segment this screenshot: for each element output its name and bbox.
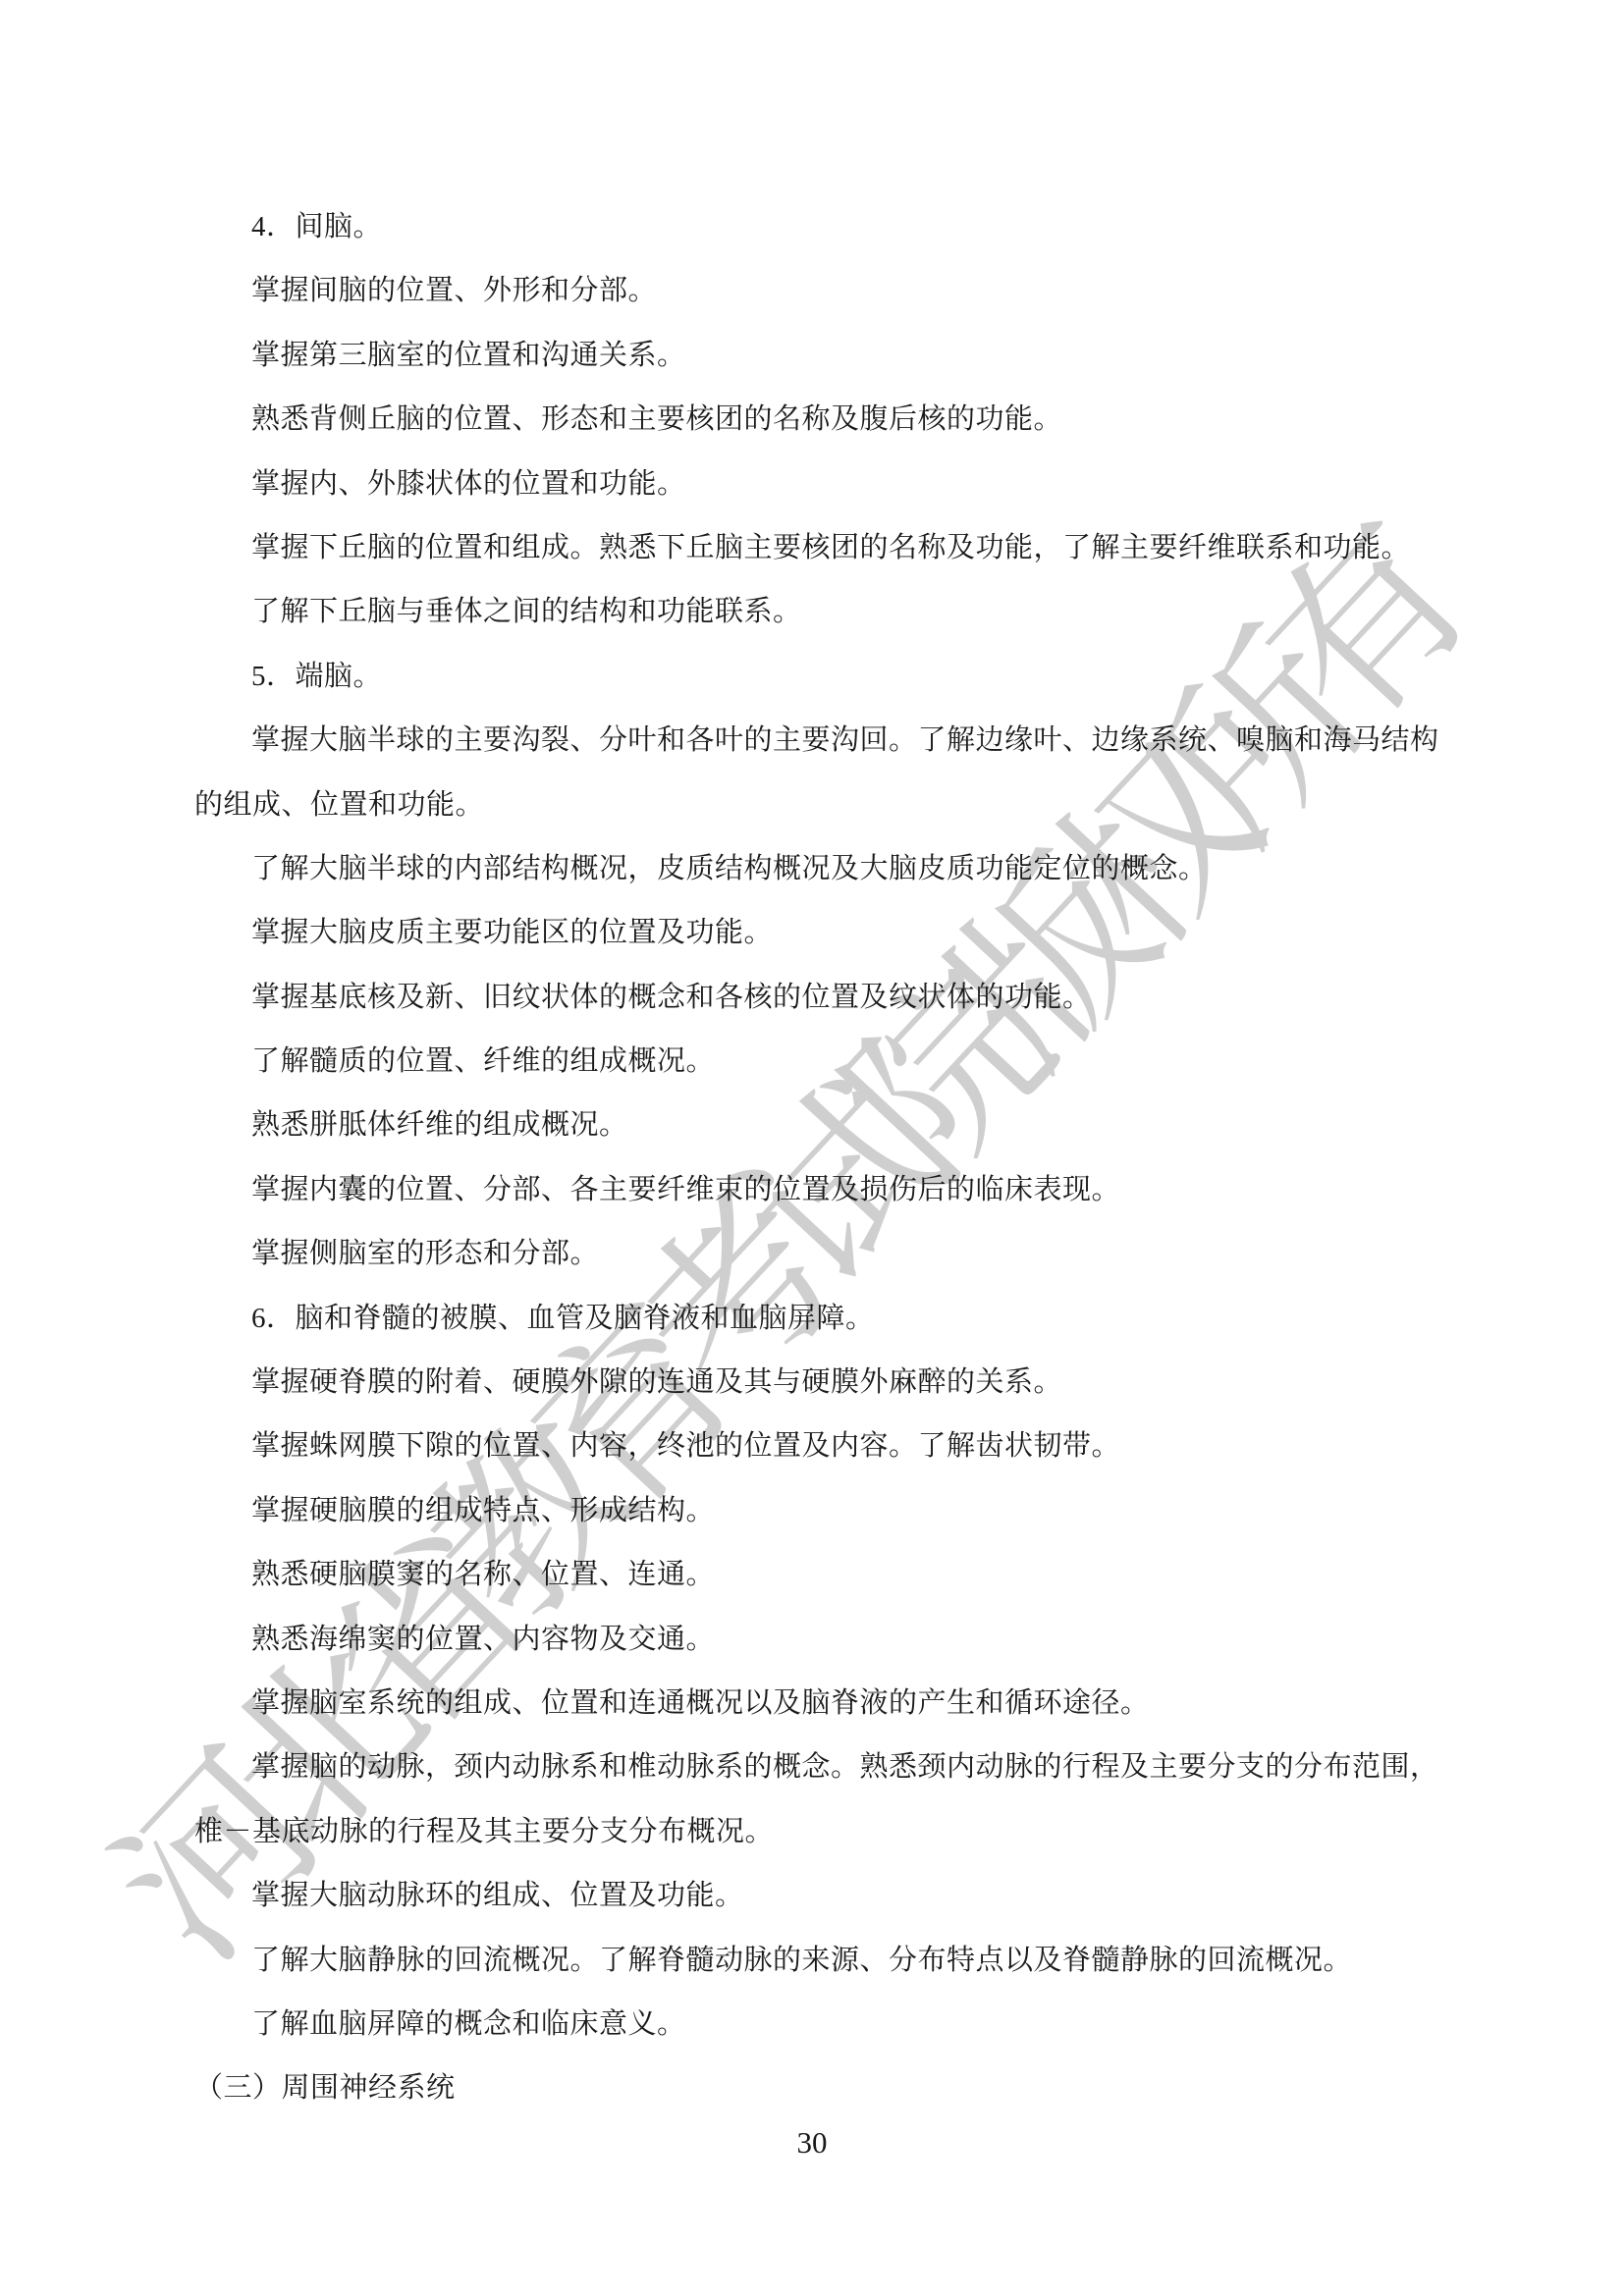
text-line: 掌握硬脊膜的附着、硬膜外隙的连通及其与硬膜外麻醉的关系。 xyxy=(194,1351,1451,1415)
text-line: 掌握硬脑膜的组成特点、形成结构。 xyxy=(194,1479,1451,1543)
text-line: 了解血脑屏障的概念和临床意义。 xyxy=(194,1993,1451,2056)
text-line: 熟悉背侧丘脑的位置、形态和主要核团的名称及腹后核的功能。 xyxy=(194,388,1451,452)
text-line: 掌握大脑皮质主要功能区的位置及功能。 xyxy=(194,901,1451,965)
page-number: 30 xyxy=(0,2123,1624,2163)
text-line: 掌握脑室系统的组成、位置和连通概况以及脑脊液的产生和循环途径。 xyxy=(194,1672,1451,1735)
text-line: 掌握第三脑室的位置和沟通关系。 xyxy=(194,324,1451,388)
text-line: 掌握脑的动脉，颈内动脉系和椎动脉系的概念。熟悉颈内动脉的行程及主要分支的分布范围… xyxy=(194,1735,1451,1799)
text-line: 4．间脑。 xyxy=(194,195,1451,259)
text-line: 掌握下丘脑的位置和组成。熟悉下丘脑主要核团的名称及功能，了解主要纤维联系和功能。 xyxy=(194,516,1451,580)
text-line: 5．端脑。 xyxy=(194,645,1451,709)
text-line: 掌握内、外膝状体的位置和功能。 xyxy=(194,453,1451,516)
text-line: 掌握侧脑室的形态和分部。 xyxy=(194,1222,1451,1286)
text-line: 了解大脑半球的内部结构概况，皮质结构概况及大脑皮质功能定位的概念。 xyxy=(194,837,1451,901)
text-line: 了解大脑静脉的回流概况。了解脊髓动脉的来源、分布特点以及脊髓静脉的回流概况。 xyxy=(194,1929,1451,1993)
text-line: 熟悉胼胝体纤维的组成概况。 xyxy=(194,1094,1451,1157)
text-line: 了解下丘脑与垂体之间的结构和功能联系。 xyxy=(194,580,1451,644)
text-line: 熟悉硬脑膜窦的名称、位置、连通。 xyxy=(194,1543,1451,1607)
text-line: 的组成、位置和功能。 xyxy=(194,774,1451,837)
text-line: 椎－基底动脉的行程及其主要分支分布概况。 xyxy=(194,1800,1451,1864)
text-line: 掌握间脑的位置、外形和分部。 xyxy=(194,259,1451,323)
text-line: 掌握大脑半球的主要沟裂、分叶和各叶的主要沟回。了解边缘叶、边缘系统、嗅脑和海马结… xyxy=(194,709,1451,773)
text-line: （三）周围神经系统 xyxy=(194,2056,1451,2120)
text-line: 掌握内囊的位置、分部、各主要纤维束的位置及损伤后的临床表现。 xyxy=(194,1158,1451,1222)
text-line: 掌握基底核及新、旧纹状体的概念和各核的位置及纹状体的功能。 xyxy=(194,966,1451,1030)
text-line: 掌握蛛网膜下隙的位置、内容，终池的位置及内容。了解齿状韧带。 xyxy=(194,1415,1451,1478)
text-line: 6．脑和脊髓的被膜、血管及脑脊液和血脑屏障。 xyxy=(194,1287,1451,1351)
text-lines: 4．间脑。掌握间脑的位置、外形和分部。掌握第三脑室的位置和沟通关系。熟悉背侧丘脑… xyxy=(194,195,1451,2121)
text-line: 熟悉海绵窦的位置、内容物及交通。 xyxy=(194,1608,1451,1672)
document-page: 河北省教育考试院版权所有 4．间脑。掌握间脑的位置、外形和分部。掌握第三脑室的位… xyxy=(0,0,1624,2296)
text-line: 掌握大脑动脉环的组成、位置及功能。 xyxy=(194,1864,1451,1928)
text-line: 了解髓质的位置、纤维的组成概况。 xyxy=(194,1030,1451,1094)
